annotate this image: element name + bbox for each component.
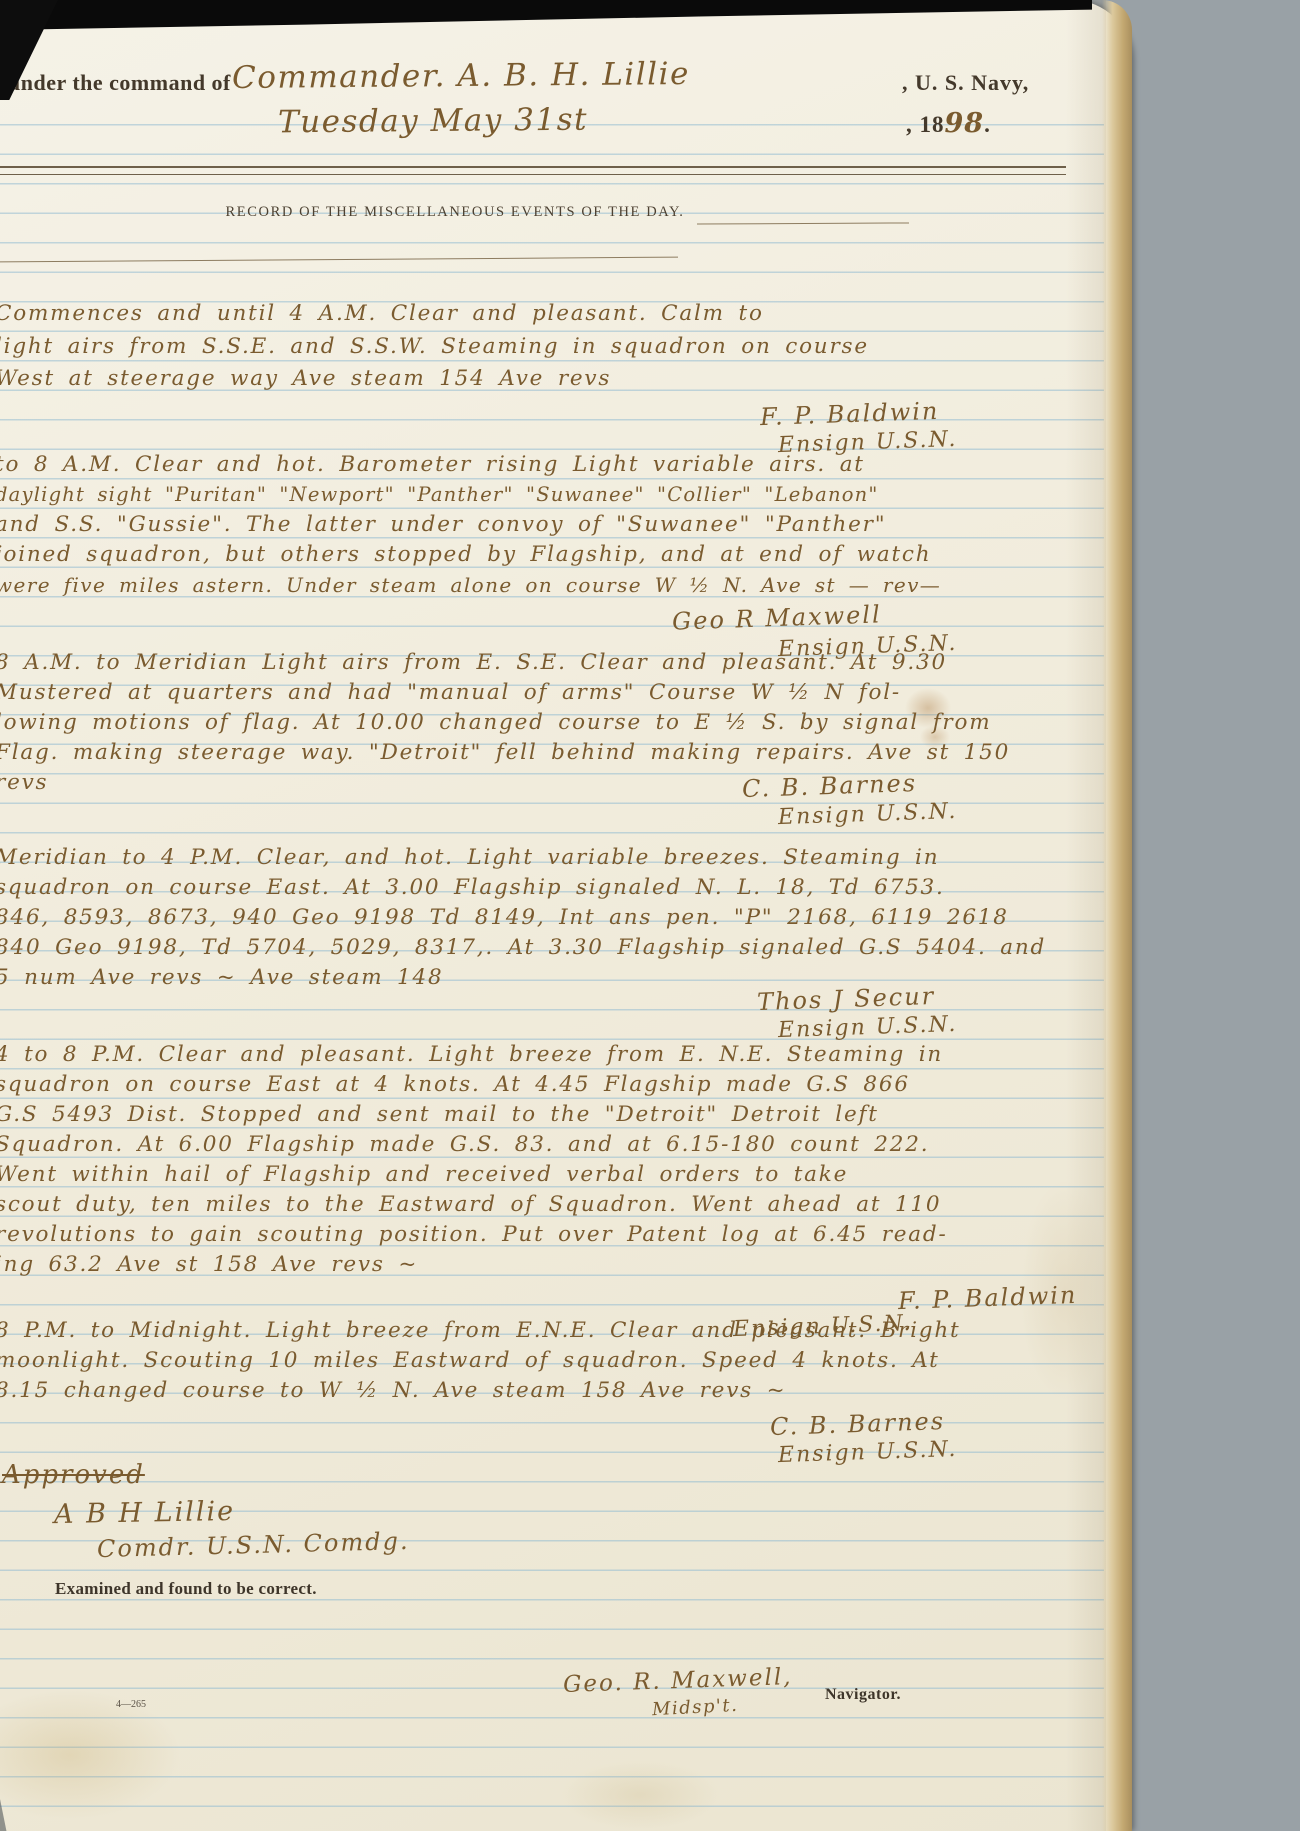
commanding-officer-title: Comdr. U.S.N. Comdg. bbox=[97, 1527, 410, 1563]
log-line: were five miles astern. Under steam alon… bbox=[0, 570, 957, 600]
log-line: and S.S. "Gussie". The latter under conv… bbox=[0, 510, 957, 540]
navigator-printed-label: Navigator. bbox=[825, 1686, 901, 1704]
log-line: moonlight. Scouting 10 miles Eastward of… bbox=[0, 1346, 957, 1376]
stain-spot bbox=[560, 1760, 720, 1830]
printed-rule bbox=[0, 257, 678, 263]
log-line: joined squadron, but others stopped by F… bbox=[0, 540, 957, 570]
navigator-signature: Geo. R. Maxwell, bbox=[563, 1664, 793, 1698]
approved-word: Approved bbox=[2, 1460, 410, 1490]
signature-rank: Ensign U.S.N. bbox=[777, 1437, 957, 1468]
year-handwritten: 98 bbox=[945, 108, 985, 139]
printed-year: , 1898. bbox=[906, 108, 991, 139]
signature-block: Thos J Secur Ensign U.S.N. bbox=[0, 985, 957, 1040]
commander-name-handwritten: Commander. A. B. H. Lillie bbox=[232, 56, 690, 96]
signature: C. B. Barnes bbox=[742, 769, 918, 803]
log-entry-4-to-8pm: 4 to 8 P.M. Clear and pleasant. Light br… bbox=[0, 1040, 957, 1339]
commanding-officer-signature: A B H Lillie bbox=[54, 1493, 410, 1530]
signature-rank: Ensign U.S.N. bbox=[777, 1012, 957, 1043]
signature: C. B. Barnes bbox=[770, 1407, 946, 1441]
approval-block: Approved A B H Lillie Comdr. U.S.N. Comd… bbox=[2, 1460, 410, 1559]
log-line: ing 63.2 Ave st 158 Ave revs ~ bbox=[0, 1250, 957, 1280]
signature: F. P. Baldwin bbox=[897, 1281, 1077, 1315]
navigator-rank-handwritten: Midsp't. bbox=[652, 1695, 739, 1720]
signature-rank: Ensign U.S.N. bbox=[777, 799, 957, 830]
form-number: 4—265 bbox=[116, 1699, 146, 1710]
date-handwritten: Tuesday May 31st bbox=[278, 102, 588, 141]
log-line: squadron on course East. At 3.00 Flagshi… bbox=[0, 873, 957, 903]
log-line: squadron on course East at 4 knots. At 4… bbox=[0, 1070, 957, 1100]
signature-block: F. P. Baldwin Ensign U.S.N. bbox=[0, 400, 957, 455]
log-line: Mustered at quarters and had "manual of … bbox=[0, 678, 957, 708]
signature: Thos J Secur bbox=[756, 982, 935, 1016]
log-entry-4-to-8am: to 8 A.M. Clear and hot. Barometer risin… bbox=[0, 450, 957, 659]
section-title: RECORD OF THE MISCELLANEOUS EVENTS OF TH… bbox=[0, 204, 910, 221]
logbook-photo: { "header": { "command_prefix": "under t… bbox=[0, 0, 1300, 1831]
log-line: Meridian to 4 P.M. Clear, and hot. Light… bbox=[0, 843, 957, 873]
signature-block: C. B. Barnes Ensign U.S.N. bbox=[0, 772, 957, 827]
signature: Geo R Maxwell bbox=[672, 600, 883, 635]
year-period: . bbox=[984, 112, 991, 137]
log-line: 8.15 changed course to W ½ N. Ave steam … bbox=[0, 1376, 957, 1406]
log-line: G.S 5493 Dist. Stopped and sent mail to … bbox=[0, 1100, 957, 1130]
log-line: West at steerage way Ave steam 154 Ave r… bbox=[0, 363, 957, 396]
signature-block: C. B. Barnes Ensign U.S.N. bbox=[0, 1410, 957, 1465]
stain-spot bbox=[0, 1690, 180, 1820]
page-edge bbox=[1102, 0, 1132, 1831]
log-line: Went within hail of Flagship and receive… bbox=[0, 1160, 957, 1190]
log-entry-meridian-to-4pm: Meridian to 4 P.M. Clear, and hot. Light… bbox=[0, 843, 957, 1040]
log-line: 4 to 8 P.M. Clear and pleasant. Light br… bbox=[0, 1040, 957, 1070]
examined-statement: Examined and found to be correct. bbox=[55, 1579, 317, 1599]
log-entry-mid-to-4am: Commences and until 4 A.M. Clear and ple… bbox=[0, 298, 957, 455]
log-line: revolutions to gain scouting position. P… bbox=[0, 1220, 957, 1250]
log-line: daylight sight "Puritan" "Newport" "Pant… bbox=[0, 480, 957, 510]
double-rule bbox=[0, 166, 1066, 175]
log-entry-8pm-to-midnight: 8 P.M. to Midnight. Light breeze from E.… bbox=[0, 1316, 957, 1465]
page-edge-shade bbox=[1066, 0, 1106, 1831]
log-line: Squadron. At 6.00 Flagship made G.S. 83.… bbox=[0, 1130, 957, 1160]
log-line: 8 P.M. to Midnight. Light breeze from E.… bbox=[0, 1316, 957, 1346]
printed-rule bbox=[697, 222, 909, 224]
signature: F. P. Baldwin bbox=[759, 396, 939, 430]
log-line: 8 A.M. to Meridian Light airs from E. S.… bbox=[0, 648, 957, 678]
log-line: Commences and until 4 A.M. Clear and ple… bbox=[0, 298, 957, 331]
log-line: Flag. making steerage way. "Detroit" fel… bbox=[0, 738, 957, 768]
log-entry-8am-to-meridian: 8 A.M. to Meridian Light airs from E. S.… bbox=[0, 648, 957, 827]
log-line: 846, 8593, 8673, 940 Geo 9198 Td 8149, I… bbox=[0, 903, 957, 933]
printed-command-prefix: under the command of bbox=[8, 70, 231, 96]
logbook-page: under the command of Commander. A. B. H.… bbox=[0, 0, 1132, 1831]
log-line: light airs from S.S.E. and S.S.W. Steami… bbox=[0, 331, 957, 364]
year-prefix: , 18 bbox=[906, 112, 945, 137]
log-line: to 8 A.M. Clear and hot. Barometer risin… bbox=[0, 450, 957, 480]
log-line: lowing motions of flag. At 10.00 changed… bbox=[0, 708, 957, 738]
printed-navy-suffix: , U. S. Navy, bbox=[902, 70, 1029, 96]
log-line: scout duty, ten miles to the Eastward of… bbox=[0, 1190, 957, 1220]
log-line: 840 Geo 9198, Td 5704, 5029, 8317,. At 3… bbox=[0, 933, 957, 963]
